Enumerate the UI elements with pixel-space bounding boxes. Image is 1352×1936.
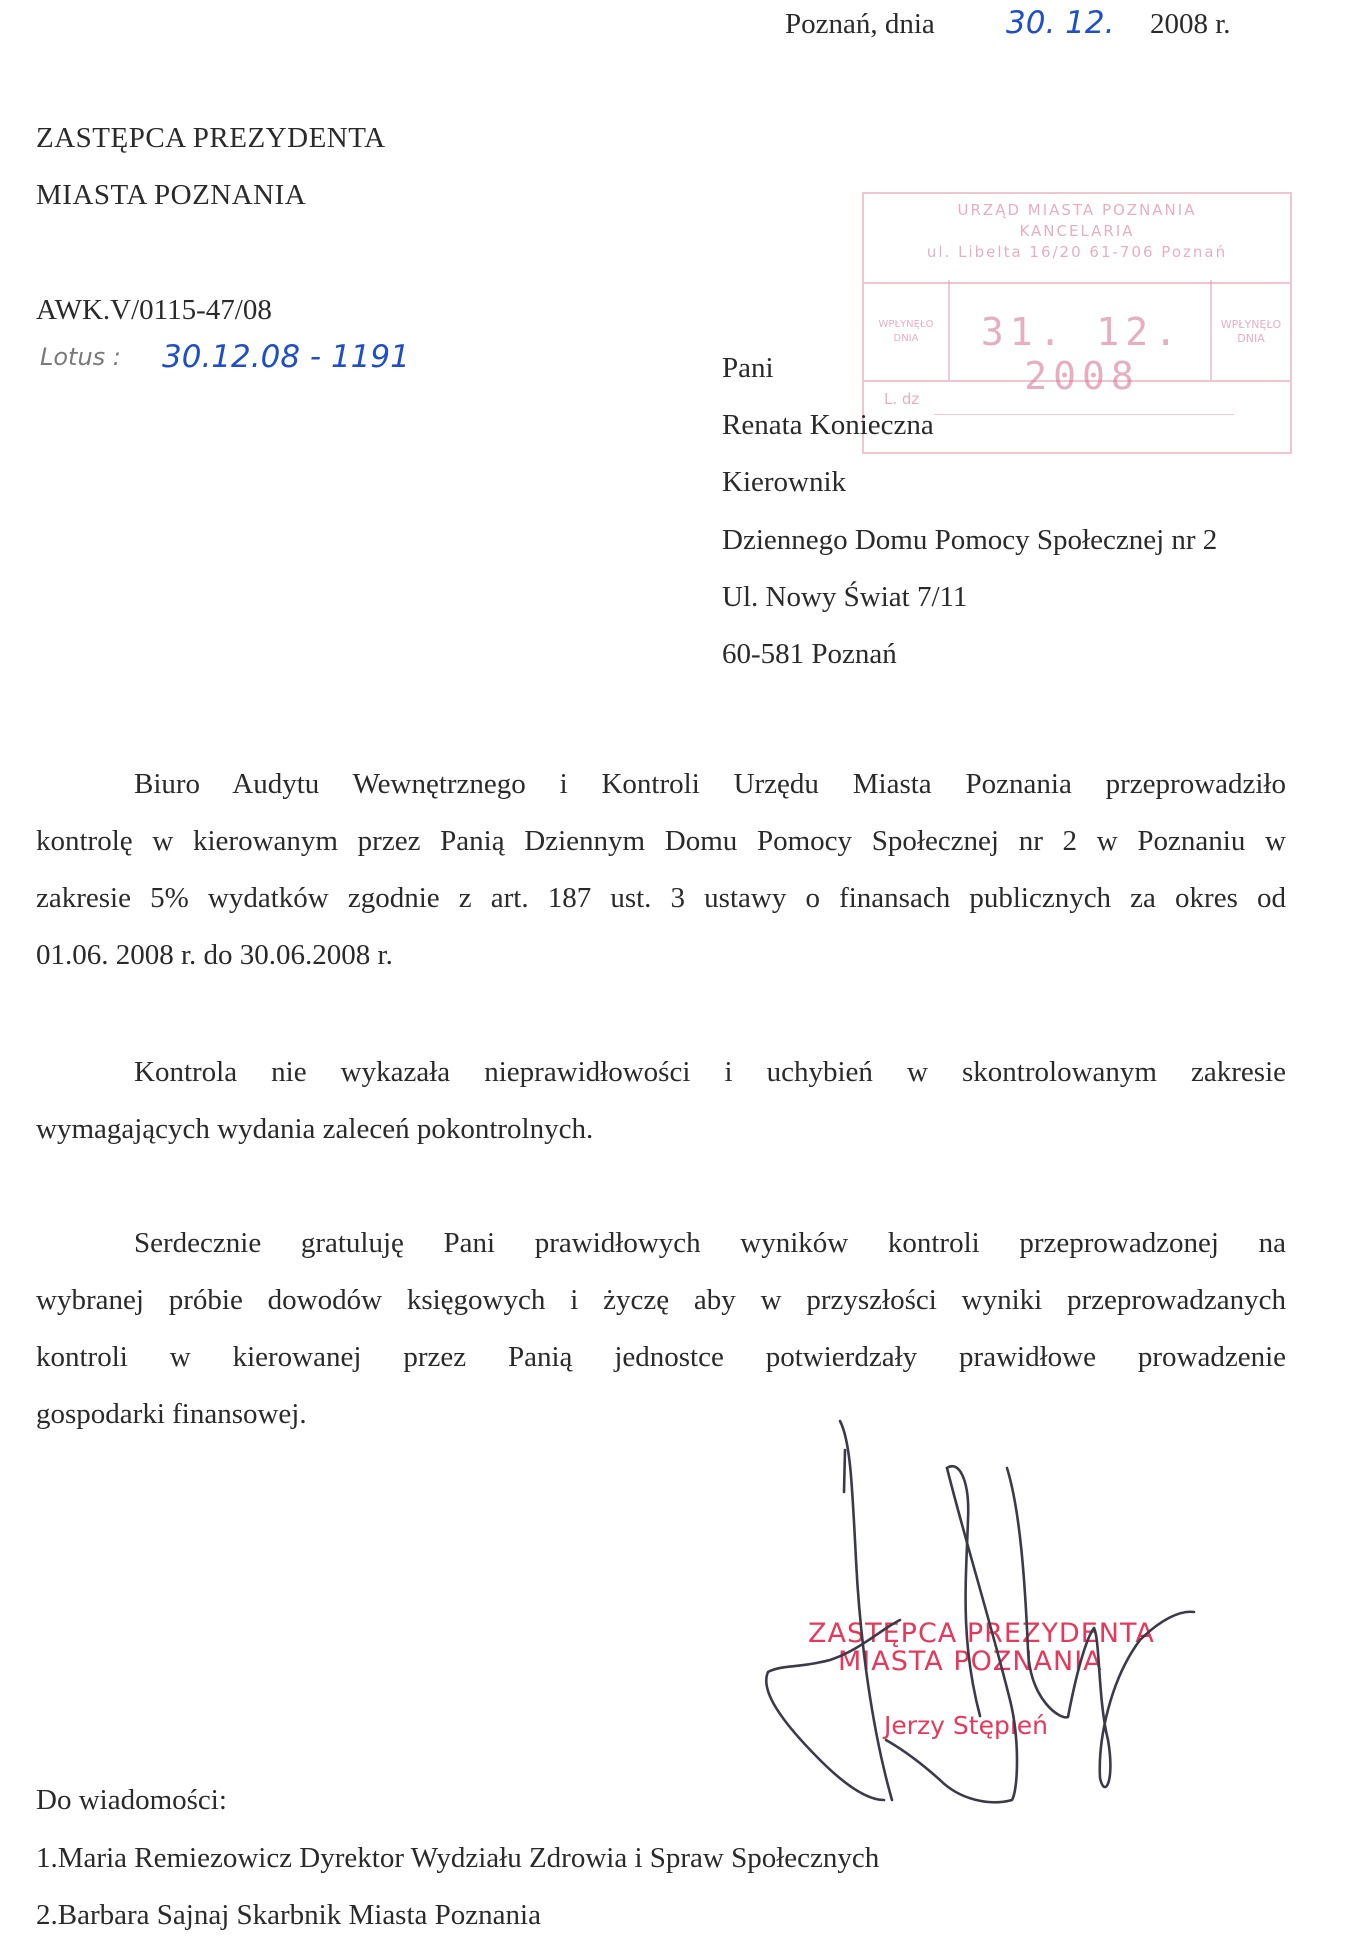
- handwritten-signature: [0, 0, 1352, 1936]
- distribution-title: Do wiadomości:: [36, 1786, 227, 1815]
- distribution-item-2: 2.Barbara Sajnaj Skarbnik Miasta Poznani…: [36, 1901, 541, 1930]
- distribution-item-1: 1.Maria Remiezowicz Dyrektor Wydziału Zd…: [36, 1844, 879, 1873]
